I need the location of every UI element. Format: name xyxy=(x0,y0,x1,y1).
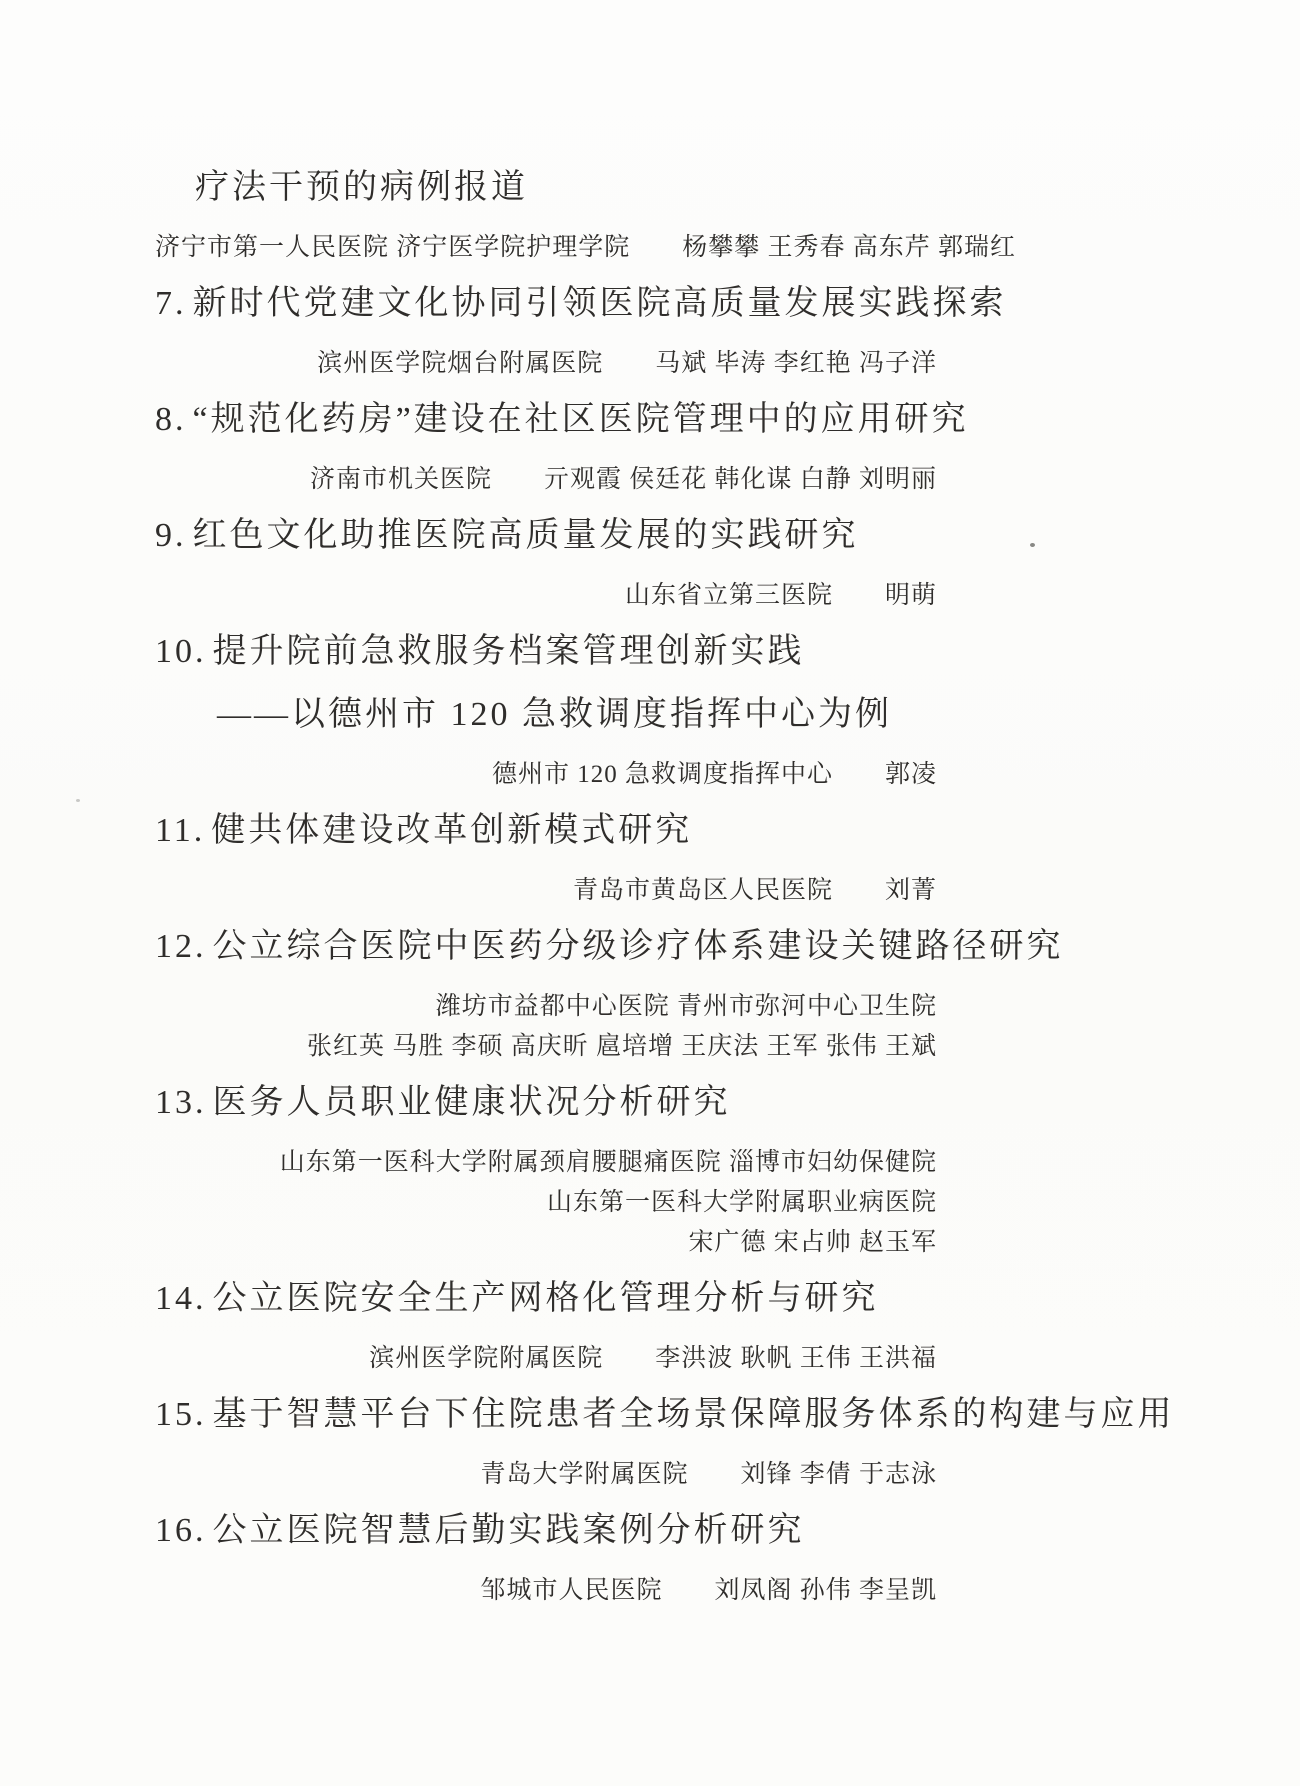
entry-byline: 德州市 120 急救调度指挥中心 郭凌 xyxy=(155,761,937,789)
entry-byline: 山东第一医科大学附属颈肩腰腿痛医院 淄博市妇幼保健院 xyxy=(155,1149,937,1177)
entry-byline: 山东省立第三医院 明萌 xyxy=(155,582,937,610)
entry-title-text: 疗法干预的病例报道 xyxy=(195,169,528,206)
entry-number: 12. xyxy=(155,928,207,965)
entry-title-text: “规范化药房”建设在社区医院管理中的应用研究 xyxy=(193,401,969,438)
entry-title: 16.公立医院智慧后勤实践案例分析研究 xyxy=(155,1511,937,1551)
entry-title: 7.新时代党建文化协同引领医院高质量发展实践探索 xyxy=(155,284,937,324)
entry-title-text: 红色文化助推医院高质量发展的实践研究 xyxy=(193,517,859,554)
entry-byline: 山东第一医科大学附属职业病医院 xyxy=(155,1189,937,1217)
entry-title-text: 医务人员职业健康状况分析研究 xyxy=(213,1084,731,1121)
toc-entry: 9.红色文化助推医院高质量发展的实践研究山东省立第三医院 明萌 xyxy=(155,516,937,622)
entry-title-text: ——以德州市 120 急救调度指挥中心为例 xyxy=(217,696,892,733)
entry-title-text: 新时代党建文化协同引领医院高质量发展实践探索 xyxy=(193,285,1007,322)
entry-number: 8. xyxy=(155,401,187,438)
toc-entry: 11.健共体建设改革创新模式研究青岛市黄岛区人民医院 刘菁 xyxy=(155,811,937,917)
scan-speck xyxy=(76,799,80,802)
entry-title: 11.健共体建设改革创新模式研究 xyxy=(155,811,937,851)
toc-entry: 12.公立综合医院中医药分级诊疗体系建设关键路径研究潍坊市益都中心医院 青州市弥… xyxy=(155,927,937,1073)
entry-title: 10.提升院前急救服务档案管理创新实践 xyxy=(155,632,937,672)
entry-title-text: 提升院前急救服务档案管理创新实践 xyxy=(213,633,805,670)
entry-title: 15.基于智慧平台下住院患者全场景保障服务体系的构建与应用 xyxy=(155,1395,937,1435)
entry-byline: 济宁市第一人民医院 济宁医学院护理学院 杨攀攀 王秀春 高东芹 郭瑞红 xyxy=(155,234,937,262)
entry-title-text: 基于智慧平台下住院患者全场景保障服务体系的构建与应用 xyxy=(213,1396,1175,1433)
entry-title-text: 公立医院安全生产网格化管理分析与研究 xyxy=(213,1280,879,1317)
toc-entry: 14.公立医院安全生产网格化管理分析与研究滨州医学院附属医院 李洪波 耿帆 王伟… xyxy=(155,1279,937,1385)
entry-byline: 宋广德 宋占帅 赵玉军 xyxy=(155,1229,937,1257)
entry-byline: 青岛市黄岛区人民医院 刘菁 xyxy=(155,877,937,905)
entry-number: 7. xyxy=(155,285,187,322)
entry-byline: 济南市机关医院 亓观霞 侯廷花 韩化谋 白静 刘明丽 xyxy=(155,466,937,494)
entry-title-text: 公立综合医院中医药分级诊疗体系建设关键路径研究 xyxy=(213,928,1064,965)
entry-byline: 滨州医学院烟台附属医院 马斌 毕涛 李红艳 冯子洋 xyxy=(155,350,937,378)
entry-title: 13.医务人员职业健康状况分析研究 xyxy=(155,1083,937,1123)
entry-byline: 青岛大学附属医院 刘锋 李倩 于志泳 xyxy=(155,1461,937,1489)
entry-title: ——以德州市 120 急救调度指挥中心为例 xyxy=(155,695,937,735)
toc-entry: 15.基于智慧平台下住院患者全场景保障服务体系的构建与应用青岛大学附属医院 刘锋… xyxy=(155,1395,937,1501)
entry-title: 8.“规范化药房”建设在社区医院管理中的应用研究 xyxy=(155,400,937,440)
entry-number: 10. xyxy=(155,633,207,670)
toc-entry-list: 疗法干预的病例报道济宁市第一人民医院 济宁医学院护理学院 杨攀攀 王秀春 高东芹… xyxy=(155,0,937,1617)
entry-number: 9. xyxy=(155,517,187,554)
entry-number: 13. xyxy=(155,1084,207,1121)
entry-number: 15. xyxy=(155,1396,207,1433)
entry-number: 16. xyxy=(155,1512,207,1549)
entry-title: 14.公立医院安全生产网格化管理分析与研究 xyxy=(155,1279,937,1319)
entry-title: 9.红色文化助推医院高质量发展的实践研究 xyxy=(155,516,937,556)
document-page: 疗法干预的病例报道济宁市第一人民医院 济宁医学院护理学院 杨攀攀 王秀春 高东芹… xyxy=(0,0,1300,1786)
toc-entry: 16.公立医院智慧后勤实践案例分析研究邹城市人民医院 刘凤阁 孙伟 李呈凯 xyxy=(155,1511,937,1617)
toc-entry: 8.“规范化药房”建设在社区医院管理中的应用研究济南市机关医院 亓观霞 侯廷花 … xyxy=(155,400,937,506)
entry-title: 12.公立综合医院中医药分级诊疗体系建设关键路径研究 xyxy=(155,927,937,967)
toc-entry: 10.提升院前急救服务档案管理创新实践——以德州市 120 急救调度指挥中心为例… xyxy=(155,632,937,801)
entry-byline: 滨州医学院附属医院 李洪波 耿帆 王伟 王洪福 xyxy=(155,1345,937,1373)
entry-number: 11. xyxy=(155,812,205,849)
toc-entry-continuation: 疗法干预的病例报道济宁市第一人民医院 济宁医学院护理学院 杨攀攀 王秀春 高东芹… xyxy=(155,168,937,274)
scan-speck xyxy=(1030,543,1035,547)
entry-byline: 潍坊市益都中心医院 青州市弥河中心卫生院 xyxy=(155,993,937,1021)
entry-byline: 张红英 马胜 李硕 高庆昕 扈培增 王庆法 王军 张伟 王斌 xyxy=(155,1033,937,1061)
entry-title: 疗法干预的病例报道 xyxy=(155,168,937,208)
entry-byline: 邹城市人民医院 刘凤阁 孙伟 李呈凯 xyxy=(155,1577,937,1605)
toc-entry: 13.医务人员职业健康状况分析研究山东第一医科大学附属颈肩腰腿痛医院 淄博市妇幼… xyxy=(155,1083,937,1269)
entry-title-text: 健共体建设改革创新模式研究 xyxy=(211,812,692,849)
toc-entry: 7.新时代党建文化协同引领医院高质量发展实践探索滨州医学院烟台附属医院 马斌 毕… xyxy=(155,284,937,390)
entry-number: 14. xyxy=(155,1280,207,1317)
entry-title-text: 公立医院智慧后勤实践案例分析研究 xyxy=(213,1512,805,1549)
